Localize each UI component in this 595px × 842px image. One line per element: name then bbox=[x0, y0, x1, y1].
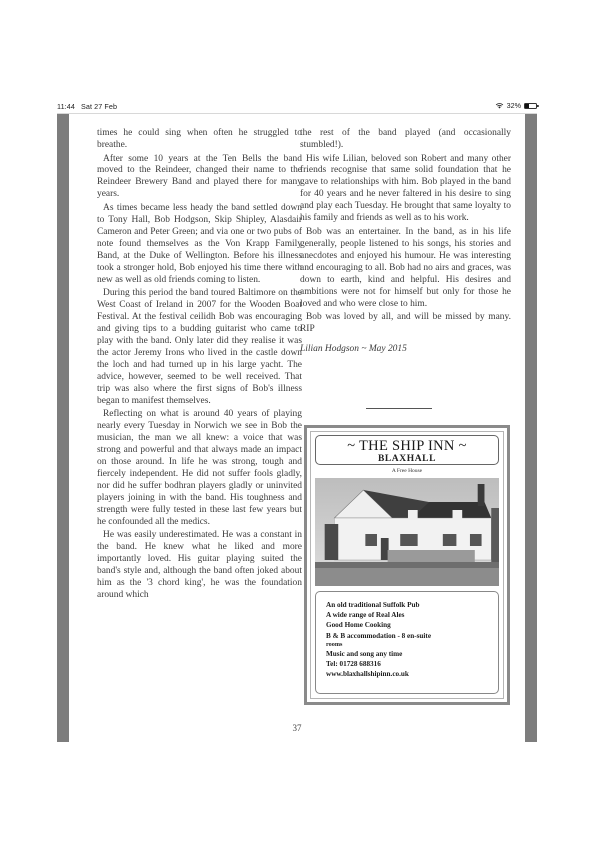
advert-line: rooms bbox=[326, 641, 490, 649]
status-right: 32% bbox=[495, 101, 537, 110]
paragraph: As times became less heady the band sett… bbox=[97, 203, 302, 287]
advert-line: Good Home Cooking bbox=[326, 620, 490, 630]
advert-line: A wide range of Real Ales bbox=[326, 610, 490, 620]
advert-phone: Tel: 01728 688316 bbox=[326, 659, 490, 669]
pub-photo bbox=[315, 478, 499, 586]
section-divider bbox=[366, 408, 432, 409]
paragraph: Bob was loved by all, and will be missed… bbox=[300, 312, 511, 336]
left-page-edge bbox=[57, 114, 69, 742]
advert-website: www.blaxhallshipinn.co.uk bbox=[326, 669, 490, 679]
paragraph: times he could sing when often he strugg… bbox=[97, 128, 302, 152]
advert-line: B & B accommodation - 8 en-suite bbox=[326, 631, 490, 641]
document-page: times he could sing when often he strugg… bbox=[69, 114, 525, 742]
battery-icon bbox=[524, 103, 537, 109]
advert-header: ~ THE SHIP INN ~ BLAXHALL bbox=[315, 435, 499, 465]
battery-percent: 32% bbox=[507, 101, 521, 110]
status-time: 11:44 bbox=[57, 102, 75, 111]
paragraph: Bob was an entertainer. In the band, as … bbox=[300, 227, 511, 311]
article-right-column: the rest of the band played (and occasio… bbox=[300, 128, 511, 358]
advert-line: An old traditional Suffolk Pub bbox=[326, 600, 490, 610]
paragraph: After some 10 years at the Ten Bells the… bbox=[97, 154, 302, 202]
ship-inn-advert: ~ THE SHIP INN ~ BLAXHALL A Free House bbox=[304, 425, 510, 705]
advert-info-box: An old traditional Suffolk Pub A wide ra… bbox=[315, 591, 499, 694]
article-left-column: times he could sing when often he strugg… bbox=[97, 128, 302, 604]
paragraph: He was easily underestimated. He was a c… bbox=[97, 530, 302, 602]
paragraph: Reflecting on what is around 40 years of… bbox=[97, 409, 302, 529]
paragraph: During this period the band toured Balti… bbox=[97, 288, 302, 408]
wifi-icon bbox=[495, 102, 504, 109]
advert-title: ~ THE SHIP INN ~ bbox=[316, 438, 498, 454]
paragraph: the rest of the band played (and occasio… bbox=[300, 128, 511, 152]
pub-photo-illustration bbox=[315, 478, 499, 586]
battery-level bbox=[525, 104, 529, 108]
author-signature: Lilian Hodgson ~ May 2015 bbox=[300, 344, 511, 356]
advert-tagline: A Free House bbox=[311, 468, 503, 474]
advert-subtitle: BLAXHALL bbox=[316, 454, 498, 464]
status-date: Sat 27 Feb bbox=[81, 102, 117, 111]
status-bar: 11:44Sat 27 Feb 32% bbox=[57, 101, 537, 113]
advert-inner-frame: ~ THE SHIP INN ~ BLAXHALL A Free House bbox=[310, 431, 504, 699]
right-page-edge bbox=[525, 114, 537, 742]
paragraph: His wife Lilian, beloved son Robert and … bbox=[300, 154, 511, 226]
page-number: 37 bbox=[69, 723, 525, 733]
status-left: 11:44Sat 27 Feb bbox=[57, 102, 117, 111]
advert-line: Music and song any time bbox=[326, 649, 490, 659]
